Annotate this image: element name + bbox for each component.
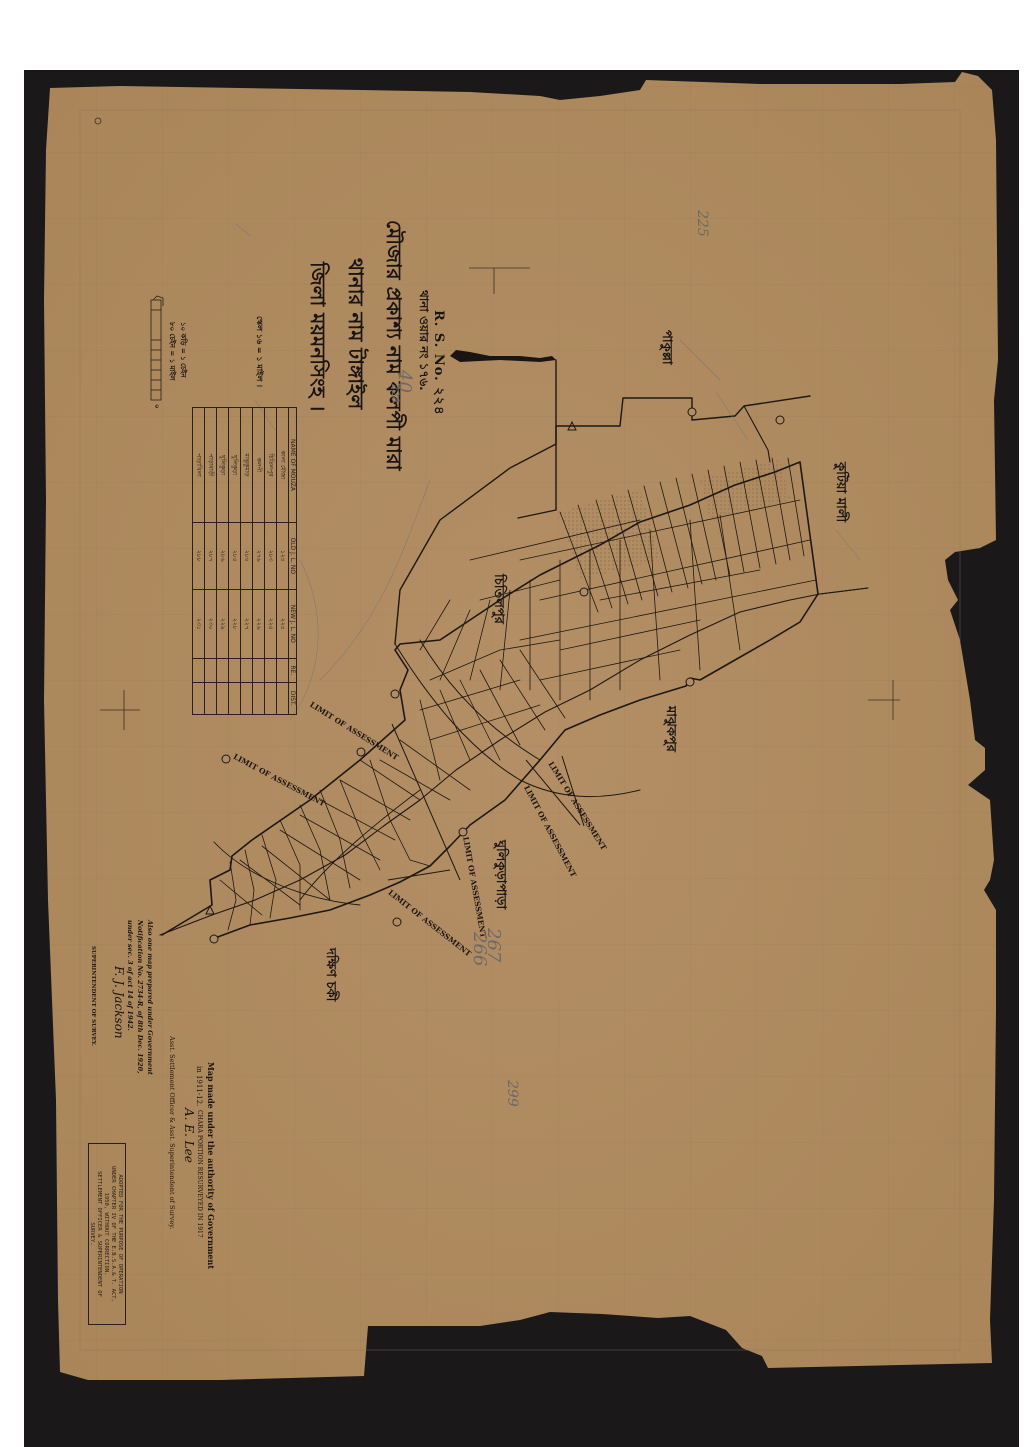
boundary-label-northeast: কুটিয়া মালী [829, 462, 850, 522]
table-row: পাড়াখিলা২৮৮২৩১ [193, 408, 205, 715]
map-sheet [0, 0, 1024, 1447]
pencil-annotation: 266 [469, 932, 490, 966]
boundary-label-west: চিতিলপুর [487, 574, 508, 624]
table-row: চিতিলপুর২৮৩২২৫ [265, 408, 277, 715]
notice-title: SUPERINTENDENT OF SURVEY. [90, 946, 96, 1046]
notice-line-1: Also one map prepared under Government [146, 920, 154, 1075]
pencil-annotation: 299 [504, 1080, 520, 1107]
scale-label-1: ১০ কড়ি = ১ চেইন [177, 322, 189, 378]
adoption-stamp: ADOPTED FOR THE PURPOSE OF OPERATION UND… [88, 1143, 126, 1325]
scale-text: স্কেল ১৬ = ১ মাইল । [252, 316, 265, 387]
mouza-name: মৌজার প্রকাশ্য নাম কলপী মারা [375, 220, 408, 471]
authority-signature: A. E. Lee [182, 1108, 196, 1163]
authority-line-4: Asst. Settlement Officer & Asst. Superin… [168, 1036, 176, 1229]
table-row: কালা মৌজা১২৪২২৪ [277, 408, 289, 715]
notice-signature: F. J. Jackson [112, 966, 126, 1039]
notice-line-3: under sec. 3 of act 14 of 1942. [126, 920, 134, 1031]
col-old-jl: OLD J. L. NO [289, 523, 297, 590]
col-re: RE. [289, 658, 297, 682]
stamp-line-4: SETTLEMENT OFFICER & SUPERINTENDENT OF [95, 1144, 102, 1324]
boundary-label-southeast: ঘুলিকুড়াপাড়া [489, 840, 510, 909]
col-new-jl: NEW J. L. NO [289, 589, 297, 658]
district-name: জিলা ময়মনসিংহ । [299, 262, 332, 411]
table-row: কলপী২৭৬২২৬ [253, 408, 265, 715]
pencil-annotation: 225 [694, 210, 710, 237]
col-name-of-mouza: NAME OF MOUZA [289, 408, 297, 523]
stamp-line-1: ADOPTED FOR THE PURPOSE OF OPERATION [116, 1144, 123, 1324]
stamp-line-3: 1950, WITHOUT CORRECTION. [102, 1144, 109, 1324]
scale-unit-0: ০ [151, 404, 163, 409]
table-row: মাঝুকুমাড়২৮৪২২৭ [241, 408, 253, 715]
boundary-label-north: পাকুল্লা [655, 330, 676, 365]
scale-label-2: ৮০ চেইন = ১ মাইল [166, 322, 178, 380]
thana-jurisdiction: থানা ওয়ার নং ১৭৬. [412, 290, 432, 391]
boundary-label-south: দক্ষিণ চকী [319, 948, 340, 1001]
authority-line-3: CHARA PORTION RESURVEYED IN 1917 [196, 1110, 203, 1238]
boundary-label-east: মাঝুকপুর [659, 706, 680, 752]
notice-line-2: Notification No. 2734-R, of 8th Dec. 192… [136, 920, 144, 1073]
pencil-note-228: 228 [389, 384, 400, 403]
authority-line-2: in 1911-12. [195, 1066, 203, 1106]
mouza-index-table: NAME OF MOUZA OLD J. L. NO NEW J. L. NO … [197, 407, 297, 715]
table-row: ঘুলিকুড়া২৮৫২২৮ [229, 408, 241, 715]
table-row: ঘুলিকুড়া২৮৬২২৯ [217, 408, 229, 715]
stamp-line-5: SURVEY. [88, 1144, 95, 1324]
table-row: পাড়াবাড়ী২৮৭২৩০ [205, 408, 217, 715]
thana-name: থানার নাম টাঙ্গাইল [337, 258, 370, 409]
authority-line-1: Map made under the authority of Governme… [206, 1062, 216, 1269]
stamp-line-2: UNDER CHAPTER IV OF THE E.B.S.A.& T. ACT… [109, 1144, 116, 1324]
col-dist: DIST. [289, 682, 297, 714]
